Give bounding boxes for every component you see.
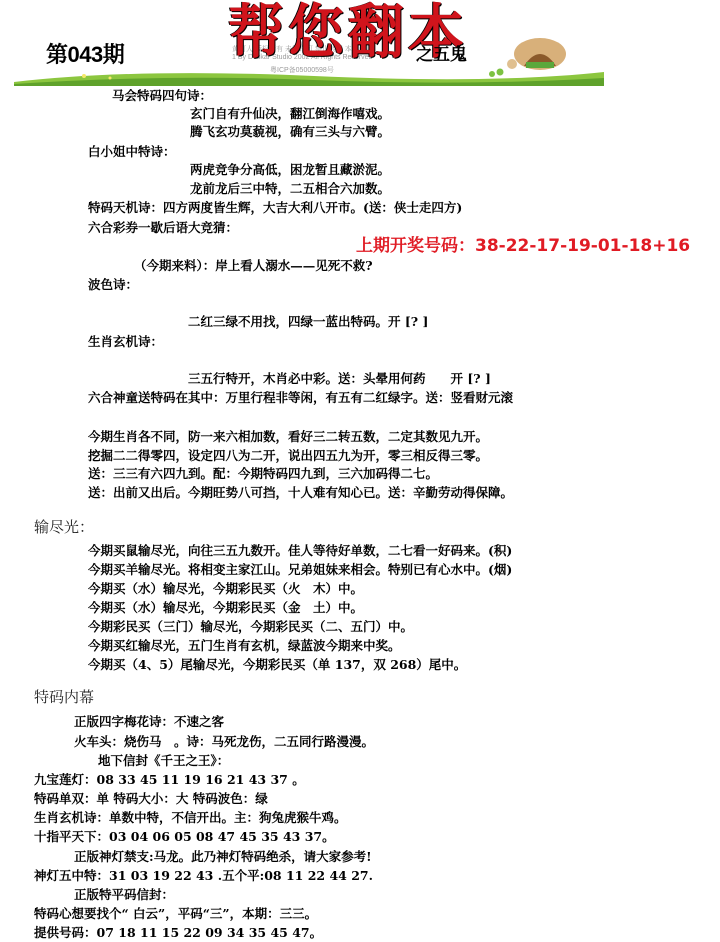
inside-line: 九宝莲灯：08 33 45 11 19 16 21 43 37 。 — [34, 772, 305, 788]
poem-line: 二红三绿不用找，四绿一蓝出特码。开 [? ] — [188, 314, 428, 330]
inside-line: 特码心想要找个“ 白云”，平码“三”，本期：三三。 — [34, 906, 317, 922]
poem-line: 六合神童送特码在其中：万里行程非等闲，有五有二红绿字。送：竖看财元滚 — [88, 390, 513, 406]
poem-line: 今期生肖各不同，防一来六相加数，看好三二转五数，二定其数见九开。 — [88, 429, 488, 445]
poem-line: 生肖玄机诗： — [88, 334, 163, 350]
inside-line: 生肖玄机诗：单数中特，不信开出。主：狗兔虎猴牛鸡。 — [34, 810, 347, 826]
page-subtitle: 之五鬼 — [416, 40, 467, 65]
inside-line: 地下信封《千王之王》： — [98, 753, 229, 769]
lose-all-line: 今期买（水）输尽光，今期彩民买（火 木）中。 — [88, 581, 363, 597]
poem-line: 马会特码四句诗： — [112, 88, 212, 104]
poem-line: 两虎竞争分高低，困龙暂且藏淤泥。 — [190, 162, 390, 178]
poem-line: 波色诗： — [88, 277, 138, 293]
poem-line: 挖掘二二得零四，设定四八为二开，说出四五九为开，零三相反得三零。 — [88, 448, 488, 464]
inside-line: 特码单双：单 特码大小：大 特码波色：绿 — [34, 791, 268, 807]
lose-all-line: 今期买羊输尽光。将相变主家江山。兄弟姐妹来相会。特别已有心水中。(烟) — [88, 562, 512, 578]
inside-line: 火车头：烧伤马 。诗：马死龙伤，二五同行路漫漫。 — [74, 734, 374, 750]
cottage-illustration-icon — [502, 36, 572, 72]
inside-line: 正版特平码信封： — [74, 887, 174, 903]
poem-line: 龙前龙后三中特，二五相合六加数。 — [190, 181, 390, 197]
poem-line: 六合彩券一歇后语大竞猜： — [88, 220, 238, 236]
poem-line: 腾飞玄功莫藐视，确有三头与六臂。 — [190, 124, 390, 140]
lose-all-line: 今期买鼠输尽光，向往三五九数开。佳人等待好单数，二七看一好码来。(积) — [88, 543, 512, 559]
inside-line: 正版四字梅花诗：不速之客 — [74, 714, 224, 730]
inside-heading: 特码内幕 — [34, 686, 94, 707]
lose-all-line: 今期买（4、5）尾输尽光，今期彩民买（单 137，双 268）尾中。 — [88, 657, 466, 673]
inside-line: 神灯五中特：31 03 19 22 43 .五个平:08 11 22 44 27… — [34, 868, 373, 884]
last-draw-numbers: 上期开奖号码：38-22-17-19-01-18+16 — [356, 231, 690, 256]
inside-line: 正版神灯禁支:马龙。此乃神灯特码绝杀，请大家参考! — [74, 849, 372, 865]
issue-number: 第043期 — [46, 38, 124, 69]
inside-line: 提供号码：07 18 11 15 22 09 34 35 45 47。 — [34, 925, 322, 941]
poem-line: 玄门自有升仙决，翻江倒海作嘻戏。 — [190, 106, 390, 122]
poem-line: （今期来料）：岸上看人溺水——见死不救? — [134, 258, 373, 274]
lose-all-line: 今期买红输尽光，五门生肖有玄机，绿蓝波今期来中奖。 — [88, 638, 401, 654]
lose-all-line: 今期彩民买（三门）输尽光，今期彩民买（二、五门）中。 — [88, 619, 413, 635]
poem-line: 送：出前又出后。今期旺势八可挡，十人难有知心已。送：辛勤劳动得保障。 — [88, 485, 513, 501]
poem-line: 三五行特开，木肖必中彩。送：头晕用何药 开 [? ] — [188, 371, 491, 387]
poem-line: 白小姐中特诗： — [88, 144, 176, 160]
inside-line: 十指平天下：03 04 06 05 08 47 45 35 43 37。 — [34, 829, 335, 845]
header-banner: 第043期 黄可人 版权所有 未经许可 禁止转载 本站信息 1 By Deska… — [0, 0, 720, 86]
poem-line: 特码天机诗：四方两度皆生辉，大吉大利八开市。(送：侠士走四方) — [88, 200, 462, 216]
poem-line: 送：三三有六四九到。配：今期特码四九到，三六加码得二七。 — [88, 466, 438, 482]
lose-all-heading: 输尽光： — [34, 516, 94, 537]
lose-all-line: 今期买（水）输尽光，今期彩民买（金 土）中。 — [88, 600, 363, 616]
